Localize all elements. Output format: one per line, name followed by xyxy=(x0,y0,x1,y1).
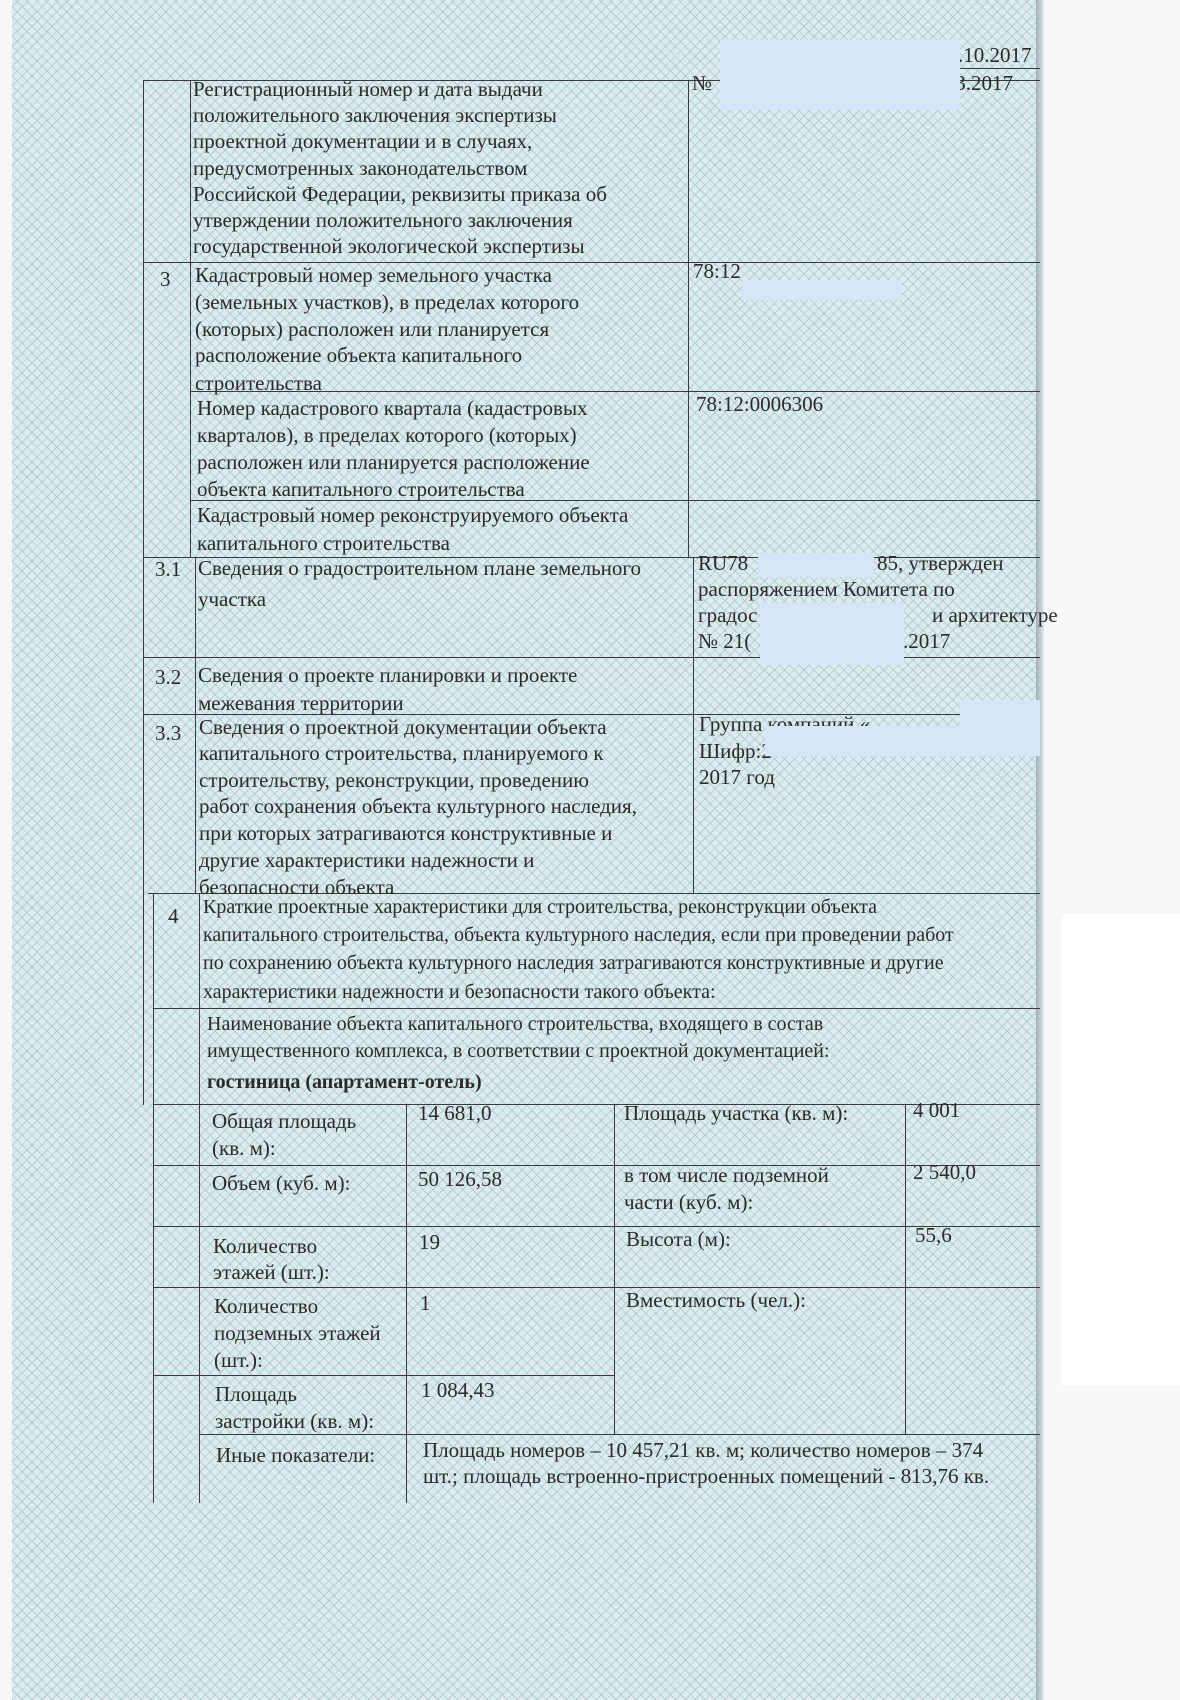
row-label-line: Российской Федерации, реквизиты приказа … xyxy=(193,181,607,208)
header-underline xyxy=(960,68,1040,69)
row-label-line: Сведения о градостроительном плане земел… xyxy=(198,555,641,582)
char-label: Иные показатели: xyxy=(216,1442,375,1469)
row-value: № 21( xyxy=(698,628,751,655)
row-label-line: проектной документации и в случаях, xyxy=(193,128,532,155)
char-label: в том числе подземной xyxy=(624,1162,829,1189)
char-label: Объем (куб. м): xyxy=(212,1170,350,1197)
char-value: 2 540,0 xyxy=(913,1159,976,1186)
redaction-box xyxy=(742,280,902,300)
char-value: Площадь номеров – 10 457,21 кв. м; колич… xyxy=(423,1437,983,1464)
row-label-line: государственной экологической экспертизы xyxy=(193,233,585,260)
row-number: 4 xyxy=(168,903,179,929)
row-value: № xyxy=(692,70,712,97)
row-divider xyxy=(143,657,1040,658)
col-divider-number-lower xyxy=(195,558,196,893)
char-label: застройки (кв. м): xyxy=(215,1408,374,1435)
char-label: Площадь участка (кв. м): xyxy=(624,1100,848,1127)
char-label: Площадь xyxy=(215,1381,297,1408)
redaction-box xyxy=(960,700,1040,728)
row-label-line: при которых затрагиваются конструктивные… xyxy=(199,820,612,847)
redaction-box xyxy=(765,726,1040,756)
paper-edge xyxy=(1036,0,1044,1700)
row-label-line: капитального строительства, объекта куль… xyxy=(203,922,954,949)
row-label-line: Краткие проектные характеристики для стр… xyxy=(203,894,877,921)
row-label-line: по сохранению объекта культурного наслед… xyxy=(203,950,944,977)
char-label: Высота (м): xyxy=(626,1226,731,1253)
char-label: части (куб. м): xyxy=(624,1189,753,1216)
row-label-line: положительного заключения экспертизы xyxy=(193,102,557,129)
char-label: (кв. м): xyxy=(212,1135,276,1162)
char-value: 14 681,0 xyxy=(418,1100,492,1127)
char-value: 1 xyxy=(420,1290,431,1317)
char-label: Количество xyxy=(214,1293,318,1320)
row-label-line: объекта капитального строительства xyxy=(197,476,525,503)
row-label-line: межевания территории xyxy=(198,690,404,717)
char-label: этажей (шт.): xyxy=(213,1259,330,1286)
char-label: Вместимость (чел.): xyxy=(626,1287,806,1314)
col-divider-value xyxy=(688,80,689,558)
row-value: распоряжением Комитета по xyxy=(698,576,955,603)
row-label-line: предусмотренных законодательством xyxy=(193,155,527,182)
char-value: 50 126,58 xyxy=(418,1166,502,1193)
char-col-divider-2 xyxy=(614,1104,615,1434)
char-label: (шт.): xyxy=(214,1347,263,1374)
object-name-intro: имущественного комплекса, в соответствии… xyxy=(207,1038,830,1065)
row-label-line: капитального строительства, планируемого… xyxy=(199,740,604,767)
redaction-box xyxy=(758,553,874,577)
object-name: гостиница (апартамент-отель) xyxy=(207,1069,482,1096)
row-divider xyxy=(153,1008,1040,1009)
row-value: 78:12 xyxy=(693,258,741,285)
redaction-box xyxy=(760,603,904,665)
row-label-line: Номер кадастрового квартала (кадастровых xyxy=(197,395,588,422)
col-divider-number xyxy=(190,80,191,558)
row-label-line: Кадастровый номер земельного участка xyxy=(195,262,552,289)
row-label-line: характеристики надежности и безопасности… xyxy=(203,979,716,1006)
scan-margin xyxy=(1044,0,1180,1700)
header-date: .10.2017 xyxy=(958,42,1032,69)
row-label-line: расположен или планируется расположение xyxy=(197,449,590,476)
row-number: 3.1 xyxy=(155,556,181,582)
char-col-divider-3 xyxy=(905,1104,906,1434)
row-label-line: работ сохранения объекта культурного нас… xyxy=(199,793,637,820)
row-label-line: (земельных участков), в пределах которог… xyxy=(195,289,579,316)
char-row-divider xyxy=(153,1226,1040,1227)
row-label-line: Кадастровый номер реконструируемого объе… xyxy=(197,502,628,529)
row-label-line: Сведения о проекте планировки и проекте xyxy=(198,662,577,689)
row-label-line: строительству, реконструкции, проведению xyxy=(199,767,589,794)
row-value: RU78 xyxy=(698,550,748,577)
row-number: 3.2 xyxy=(155,664,181,690)
row-label-line: строительства xyxy=(195,370,322,397)
char-row-divider xyxy=(153,1165,1040,1166)
char-value: 1 084,43 xyxy=(421,1377,495,1404)
redaction-box xyxy=(720,40,960,110)
row-value: 78:12:0006306 xyxy=(696,391,823,418)
char-value: 55,6 xyxy=(915,1222,952,1249)
row-value: градос xyxy=(698,602,757,629)
table-border-left xyxy=(143,80,144,1105)
row-value: и архитектуре xyxy=(932,602,1058,629)
row-label-line: участка xyxy=(198,586,266,613)
char-label: подземных этажей xyxy=(214,1320,381,1347)
row-label-line: Регистрационный номер и дата выдачи xyxy=(193,76,543,103)
row-number: 3.3 xyxy=(155,720,181,746)
object-name-intro: Наименование объекта капитального строит… xyxy=(207,1011,823,1038)
char-value: шт.; площадь встроенно-пристроенных поме… xyxy=(423,1463,989,1490)
row-label-line: расположение объекта капитального xyxy=(195,342,522,369)
row-label-line: Сведения о проектной документации объект… xyxy=(199,714,607,741)
char-label: Общая площадь xyxy=(212,1108,356,1135)
row-label-line: кварталов), в пределах которого (которых… xyxy=(197,422,577,449)
row-value: Шифр:2 xyxy=(699,738,772,765)
char-col-divider-1 xyxy=(406,1104,407,1503)
row-number: 3 xyxy=(160,266,171,292)
char-row-divider xyxy=(153,1287,1040,1288)
char-value: 4 001 xyxy=(913,1097,960,1124)
char-value: 19 xyxy=(419,1229,440,1256)
row-value: .2017 xyxy=(903,628,950,655)
row-label-line: капитального строительства xyxy=(197,530,450,557)
col-divider-number-4 xyxy=(199,893,200,1503)
row-value: 85, утвержден xyxy=(877,550,1004,577)
table-border-left-lower xyxy=(153,893,154,1503)
char-label: Количество xyxy=(213,1233,317,1260)
row-label-line: (которых) расположен или планируется xyxy=(195,316,549,343)
row-label-line: другие характеристики надежности и xyxy=(199,847,534,874)
row-divider xyxy=(153,1104,1040,1105)
row-value: 2017 год xyxy=(699,764,775,791)
char-row-divider xyxy=(153,1375,614,1376)
col-divider-value-lower xyxy=(693,558,694,893)
scan-margin-inset xyxy=(1062,915,1180,1385)
row-label-line: утверждении положительного заключения xyxy=(193,207,573,234)
